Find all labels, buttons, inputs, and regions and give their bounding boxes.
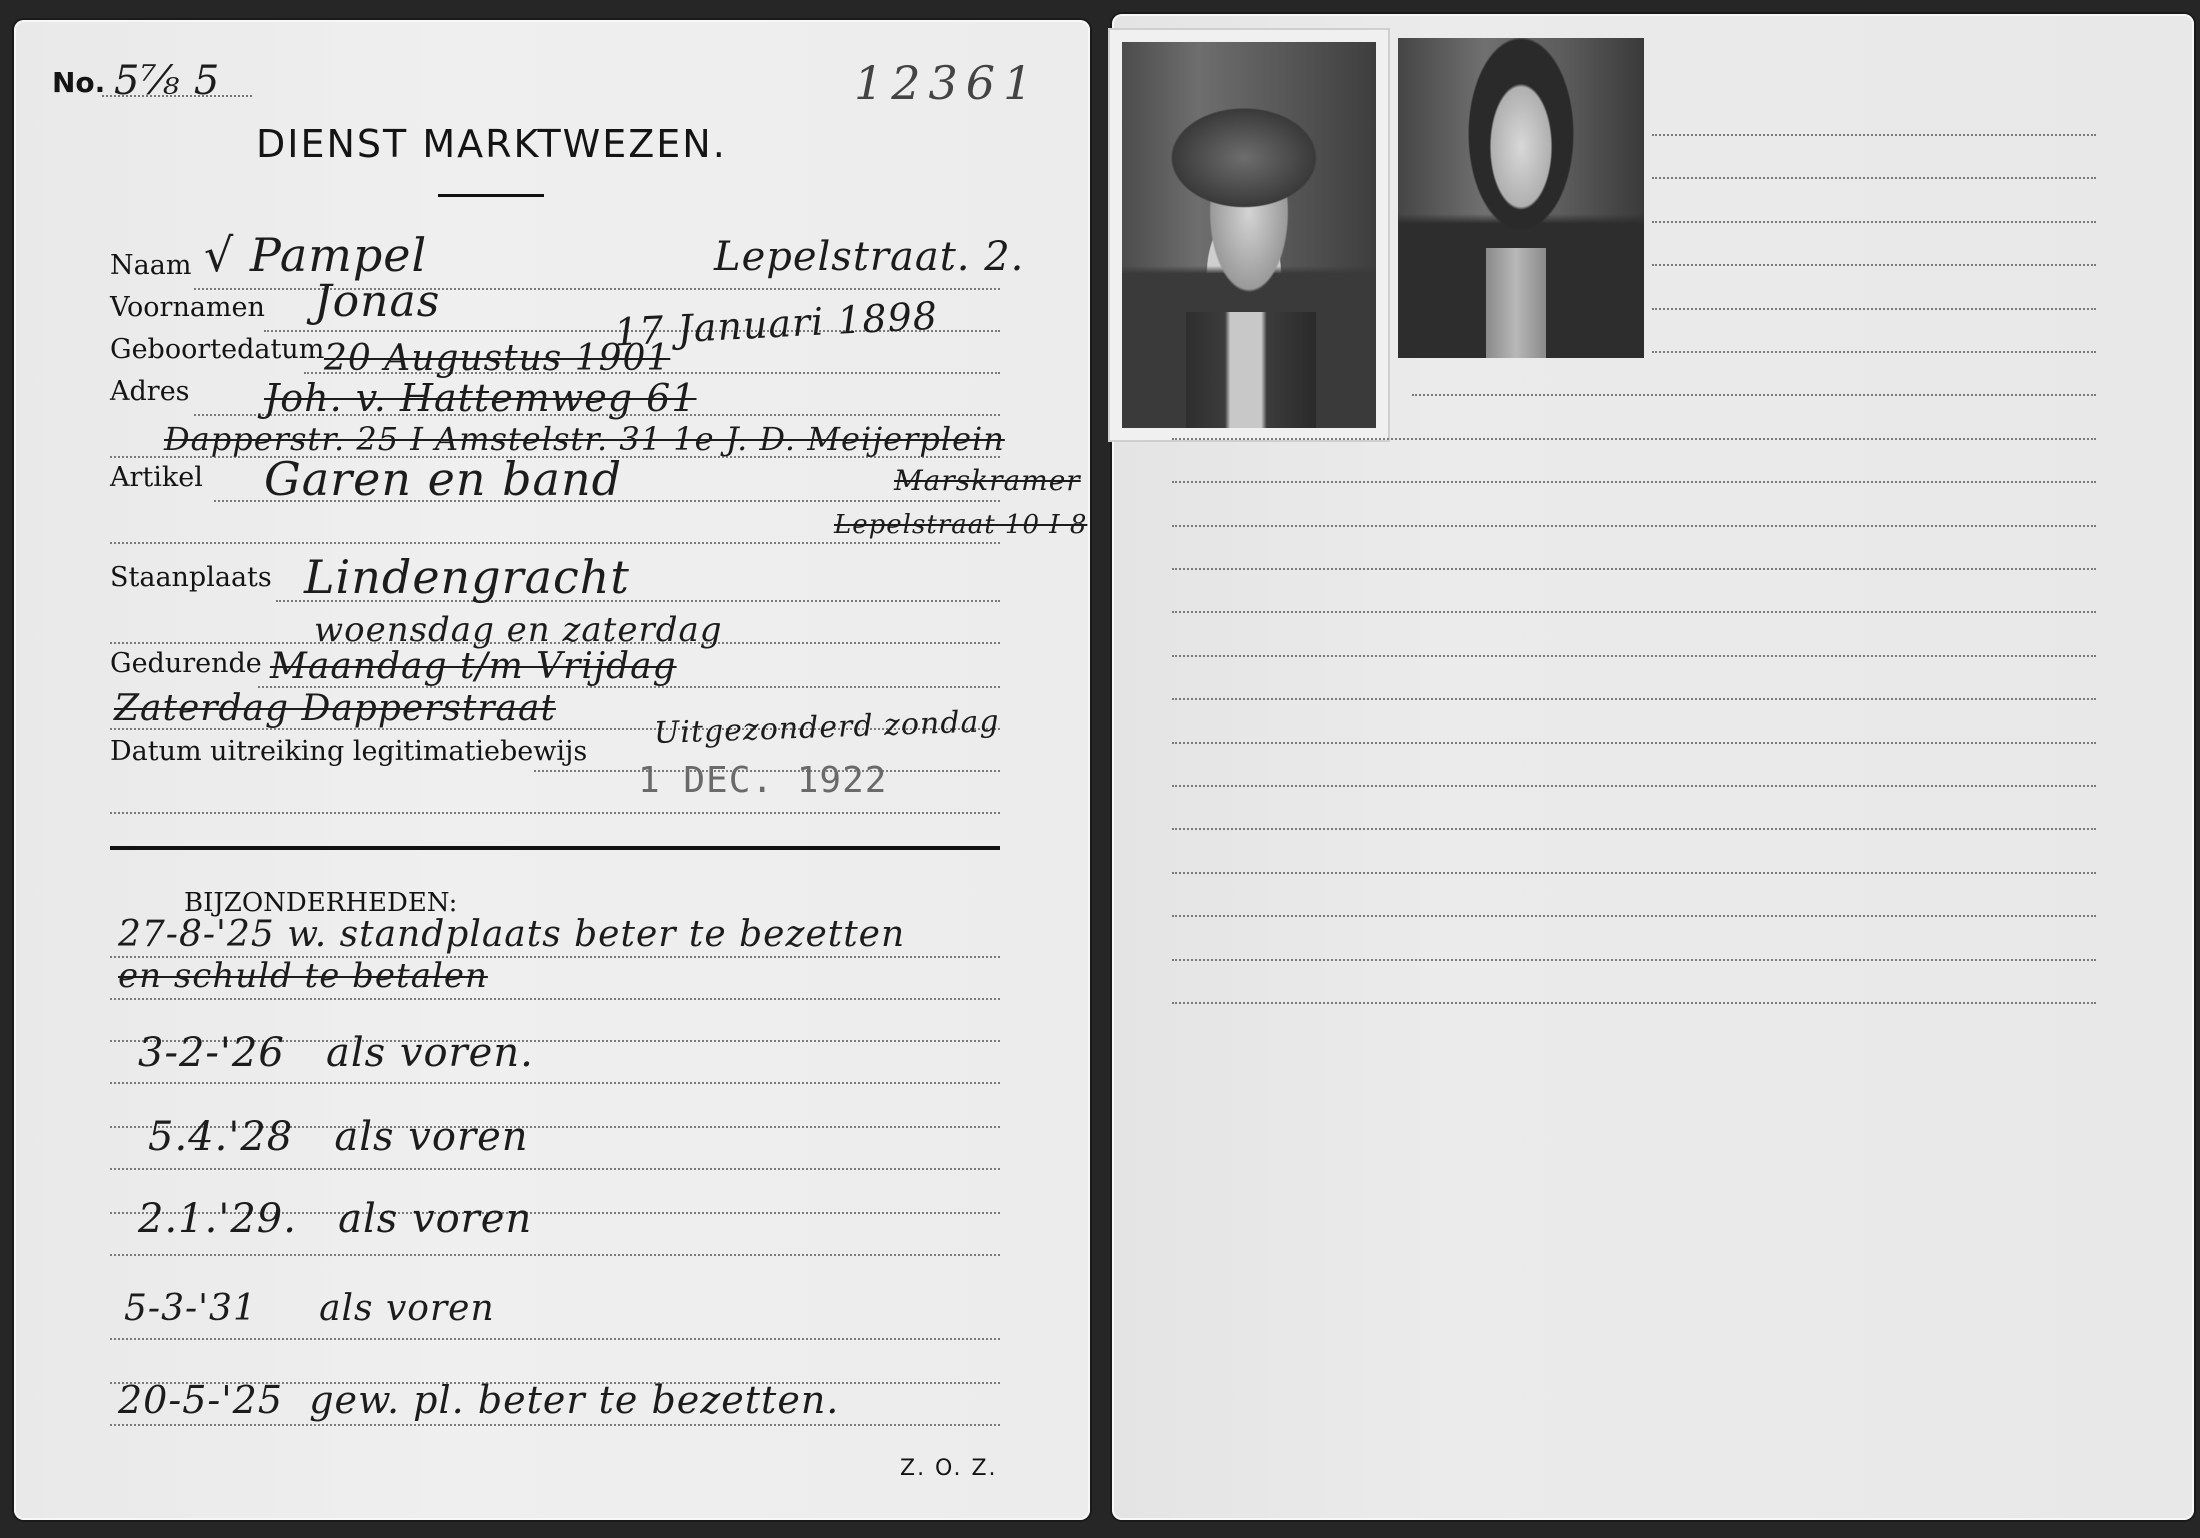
ruled-line (1172, 872, 2096, 874)
ruled-line (1412, 394, 2096, 396)
details-text: als voren (319, 1288, 495, 1329)
ruled-line (1172, 611, 2096, 613)
details-text: als voren (338, 1196, 532, 1242)
field-value-gedurende-2: Zaterdag Dapperstraat (114, 688, 556, 729)
details-struck-tail: en schuld te betalen (118, 956, 488, 996)
ruled-line (1172, 525, 2096, 527)
details-text: als voren (334, 1114, 528, 1160)
ruled-line (1172, 568, 2096, 570)
field-value-artikel: Garen en band (264, 452, 622, 506)
details-entry: 20-5-'25 gew. pl. beter te bezetten. (118, 1378, 839, 1422)
details-rule (110, 998, 1000, 1000)
ruled-line (1172, 698, 2096, 700)
ruled-line (1652, 134, 2096, 136)
registration-card-back (1112, 14, 2194, 1520)
details-text: w. standplaats beter te bezetten (287, 914, 905, 955)
details-date: 20-5-'25 (118, 1378, 283, 1422)
man-portrait-photo (1122, 42, 1376, 428)
archive-number: 12361 (854, 56, 1040, 110)
ruled-line (1172, 1002, 2096, 1004)
section-divider (110, 846, 1000, 850)
man-jacket (1186, 312, 1316, 428)
details-date: 3-2-'26 (138, 1030, 285, 1076)
details-date: 2.1.'29. (138, 1196, 297, 1242)
field-extra-gedurende: Uitgezonderd zondag (653, 704, 1000, 751)
woman-portrait-photo (1398, 38, 1644, 358)
details-date: 27-8-'25 (118, 914, 275, 955)
field-rule (110, 812, 1000, 814)
details-text: als voren. (326, 1030, 534, 1076)
field-label-geboortedatum: Geboortedatum (110, 334, 324, 365)
registration-card-front: No. 5⅞ 5 12361 DIENST MARKTWEZEN. Naam √… (14, 20, 1090, 1520)
details-rule (110, 1082, 1000, 1084)
field-value-gedurende: Maandag t/m Vrijdag (270, 646, 677, 687)
field-label-voornamen: Voornamen (110, 292, 265, 323)
details-entry: 5.4.'28 als voren (148, 1114, 529, 1160)
ruled-line (1652, 351, 2096, 353)
details-text: gew. pl. beter te bezetten. (309, 1378, 839, 1422)
field-label-adres: Adres (110, 376, 190, 407)
field-label-gedurende: Gedurende (110, 648, 262, 679)
details-rule (110, 1168, 1000, 1170)
details-entry: 2.1.'29. als voren (138, 1196, 532, 1242)
field-extra-artikel: Marskramer (894, 464, 1081, 497)
woman-scarf (1486, 248, 1546, 358)
title-underline (438, 194, 544, 197)
field-extra-naam: Lepelstraat. 2. (714, 234, 1024, 280)
ruled-line (1172, 742, 2096, 744)
field-value-staanplaats-2: woensdag en zaterdag (314, 610, 723, 650)
field-label-artikel: Artikel (110, 462, 203, 493)
field-value-staanplaats: Lindengracht (304, 550, 630, 604)
field-label-naam: Naam (110, 250, 191, 281)
details-entry: 27-8-'25 w. standplaats beter te bezette… (118, 914, 905, 955)
turn-over-note: Z. O. Z. (900, 1456, 998, 1481)
details-date: 5.4.'28 (148, 1114, 293, 1160)
field-label-staanplaats: Staanplaats (110, 562, 272, 593)
number-label: No. (52, 66, 105, 99)
ruled-line (1172, 655, 2096, 657)
ruled-line (1652, 177, 2096, 179)
ruled-line (1652, 264, 2096, 266)
field-value-geboortedatum: 20 Augustus 1901 (324, 338, 670, 379)
field-value-adres: Joh. v. Hattemweg 61 (264, 376, 697, 420)
field-value-voornamen: Jonas (314, 276, 440, 327)
issue-date-stamp: 1 DEC. 1922 (638, 760, 887, 801)
ruled-line (1172, 959, 2096, 961)
ruled-line (1172, 481, 2096, 483)
number-value: 5⅞ 5 (114, 58, 220, 104)
card-title: DIENST MARKTWEZEN. (256, 122, 727, 166)
field-label-datum-uitreiking: Datum uitreiking legitimatiebewijs (110, 736, 587, 767)
field-extra-artikel-2: Lepelstraat 10 I 8 (834, 510, 1087, 540)
ruled-line (1172, 828, 2096, 830)
field-rule (110, 542, 1000, 544)
ruled-line (1172, 915, 2096, 917)
details-entry: 3-2-'26 als voren. (138, 1030, 534, 1076)
ruled-line (1652, 308, 2096, 310)
details-rule (110, 1424, 1000, 1426)
details-rule (110, 1338, 1000, 1340)
field-value-naam: √ Pampel (204, 228, 427, 282)
details-entry: 5-3-'31 als voren (124, 1288, 495, 1329)
ruled-line (1172, 438, 2096, 440)
ruled-line (1652, 221, 2096, 223)
ruled-line (1172, 785, 2096, 787)
details-date: 5-3-'31 (124, 1288, 257, 1329)
details-rule (110, 1254, 1000, 1256)
